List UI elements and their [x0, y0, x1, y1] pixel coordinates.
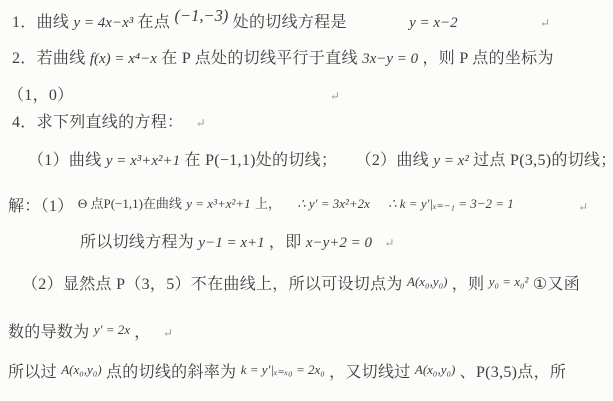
pilcrow-mark: ↵	[384, 236, 394, 250]
solution-1-curve: y = x³+x²+1	[186, 196, 250, 211]
solution-2-line2-lead: 数的导数为	[8, 324, 90, 341]
problem-1-point: (−1,−3)	[174, 6, 228, 25]
problem-1-tail: 处的切线方程是	[233, 14, 347, 31]
problem-2-line-formula: 3x−y = 0	[362, 51, 418, 67]
solution-1-work-line: 解：（1） Θ 点P(−1,1)在曲线 y = x³+x²+1 上， ∴ y′ …	[8, 197, 588, 217]
pilcrow-mark: ↵	[196, 116, 206, 130]
solution-1-derivative: ∴ y′ = 3x²+2x	[297, 196, 370, 211]
solution-1-mid: ，即	[269, 234, 302, 251]
problem-2-mid: 在 P 点处的切线平行于直线	[161, 50, 358, 67]
solution-2-line3-mid2: ，又切线过	[329, 364, 411, 381]
problem-2-lead: 2．若曲线	[12, 50, 86, 67]
solution-1-lead: 解：（1）	[8, 198, 74, 215]
problem-4-part1-tail: 在 P(−1,1)处的切线；	[184, 152, 337, 169]
solution-2-tail: ①又函	[533, 276, 580, 293]
problem-4-heading-line: 4．求下列直线的方程： ↵	[12, 113, 206, 133]
pilcrow-mark: ↵	[540, 16, 550, 30]
problem-4-part2-curve: y = x²	[433, 153, 468, 169]
solution-2-line-3: 所以过 A(x₀,y₀) 点的切线的斜率为 k = y′|ₓ₌ₓ₀ = 2x₀ …	[8, 363, 566, 383]
solution-2-slope: k = y′|ₓ₌ₓ₀ = 2x₀	[241, 362, 325, 377]
problem-1-curve-formula: y = 4x−x³	[74, 15, 134, 31]
solution-2-point-a: A(x₀,y₀)	[61, 362, 101, 377]
solution-2-line3-tail: 、P(3,5)点，所	[460, 364, 567, 381]
solution-1-because: Θ 点P(−1,1)在曲线	[78, 196, 182, 211]
problem-4-heading: 4．求下列直线的方程：	[12, 114, 183, 131]
worksheet-page: 1．曲线 y = 4x−x³ 在点 (−1,−3) 处的切线方程是 y = x−…	[0, 0, 613, 401]
solution-1-on-curve: 上，	[255, 196, 281, 211]
problem-2-answer: （1，0）	[8, 87, 74, 104]
pilcrow-mark: ↵	[330, 89, 340, 103]
problem-4-part1-curve: y = x³+x²+1	[106, 153, 180, 169]
solution-1-conclusion-line: 所以切线方程为 y−1 = x+1 ，即 x−y+2 = 0 ↵	[80, 233, 394, 253]
problem-1-line: 1．曲线 y = 4x−x³ 在点 (−1,−3) 处的切线方程是 y = x−…	[12, 12, 550, 33]
solution-2-comma: ，	[134, 324, 150, 341]
problem-1-answer: y = x−2	[409, 15, 458, 31]
solution-2-eq: y₀ = x₀²	[489, 274, 529, 289]
problem-4-part1-lead: （1）曲线	[28, 152, 102, 169]
pilcrow-mark: ↵	[163, 326, 173, 340]
solution-2-lead: （2）显然点 P（3，5）不在曲线上，所以可设切点为	[22, 276, 403, 293]
solution-2-derivative: y′ = 2x	[94, 322, 130, 337]
solution-1-conclusion-lead: 所以切线方程为	[80, 234, 194, 251]
problem-1-at-point: 在点	[138, 14, 171, 31]
problem-2-tail: ，则 P 点的坐标为	[422, 50, 553, 67]
solution-1-slope: ∴ k = y′|ₓ₌₋₁ = 3−2 = 1	[388, 196, 514, 211]
solution-2-tangent-point: A(x₀,y₀)	[407, 274, 447, 289]
solution-2-line3-mid: 点的切线的斜率为	[106, 364, 236, 381]
solution-2-then: ，则	[452, 276, 485, 293]
problem-2-curve-formula: f(x) = x⁴−x	[90, 51, 157, 67]
problem-1-lead: 1．曲线	[12, 14, 69, 31]
solution-1-eq2: x−y+2 = 0	[306, 235, 372, 251]
solution-2-line-2: 数的导数为 y′ = 2x ， ↵	[8, 323, 173, 343]
solution-2-line3-lead: 所以过	[8, 364, 57, 381]
solution-1-eq1: y−1 = x+1	[198, 235, 264, 251]
pilcrow-mark: ↵	[578, 200, 588, 214]
problem-2-line: 2．若曲线 f(x) = x⁴−x 在 P 点处的切线平行于直线 3x−y = …	[12, 49, 554, 69]
problem-4-part2-lead: （2）曲线	[356, 152, 430, 169]
solution-2-point-a2: A(x₀,y₀)	[415, 362, 455, 377]
problem-4-parts-line: （1）曲线 y = x³+x²+1 在 P(−1,1)处的切线； （2）曲线 y…	[28, 151, 613, 171]
problem-2-answer-line: （1，0） ↵	[8, 86, 340, 106]
solution-2-line-1: （2）显然点 P（3，5）不在曲线上，所以可设切点为 A(x₀,y₀) ，则 y…	[22, 275, 580, 295]
problem-4-part2-tail: 过点 P(3,5)的切线；	[473, 152, 613, 169]
